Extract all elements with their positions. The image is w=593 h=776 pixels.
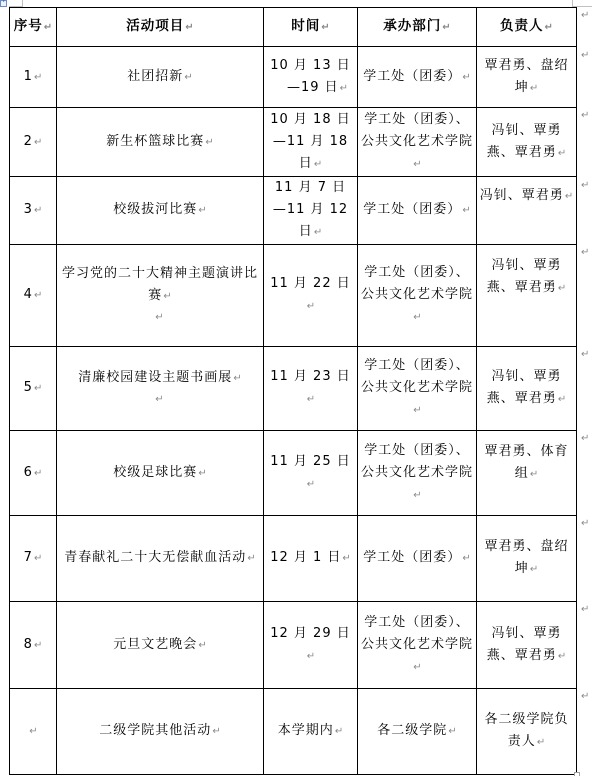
- cell-no[interactable]: ↵: [10, 689, 57, 775]
- cell-dept[interactable]: 学工处（团委）↵: [358, 47, 477, 108]
- cell-activity[interactable]: 社团招新↵: [57, 47, 264, 108]
- table-row: 7↵ 青春献礼二十大无偿献血活动↵ 12 月 1 日↵ 学工处（团委）↵ 覃君勇…: [10, 516, 577, 602]
- cell-owner[interactable]: 覃君勇、盘绍坤↵: [477, 47, 577, 108]
- cell-dept[interactable]: 学工处（团委）、公共文化艺术学院↵: [358, 602, 477, 689]
- page-corner-mark-left: [9, 0, 23, 7]
- cell-time[interactable]: 11 月 22 日↵: [264, 245, 358, 347]
- cell-owner[interactable]: 冯钊、覃勇燕、覃君勇↵: [477, 347, 577, 431]
- table-row: 2↵ 新生杯篮球比赛↵ 10 月 18 日—11 月 18 日↵ 学工处（团委）…: [10, 108, 577, 177]
- cell-no[interactable]: 6↵: [10, 431, 57, 516]
- table-header-row: 序号↵ 活动项目↵ 时间↵ 承办部门↵ 负责人↵: [10, 8, 577, 47]
- empty-paragraph: ↵: [59, 308, 261, 328]
- cell-activity[interactable]: 学习党的二十大精神主题演讲比赛↵↵: [57, 245, 264, 347]
- cell-activity[interactable]: 校级拔河比赛↵: [57, 177, 264, 245]
- table-row: ↵ 二级学院其他活动↵ 本学期内↵ 各二级学院↵ 各二级学院负责人↵: [10, 689, 577, 775]
- cell-activity[interactable]: 青春献礼二十大无偿献血活动↵: [57, 516, 264, 602]
- cell-owner[interactable]: 冯钊、覃勇燕、覃君勇↵: [477, 245, 577, 347]
- table-row: 6↵ 校级足球比赛↵ 11 月 25 日↵ 学工处（团委）、公共文化艺术学院↵ …: [10, 431, 577, 516]
- empty-paragraph: ↵: [59, 390, 261, 410]
- cell-time[interactable]: 10 月 13 日—19 日↵: [264, 47, 358, 108]
- row-end-mark: ↵: [581, 604, 589, 615]
- table-row: 3↵ 校级拔河比赛↵ 11 月 7 日—11 月 12 日↵ 学工处（团委）↵ …: [10, 177, 577, 245]
- cell-time[interactable]: 12 月 29 日↵: [264, 602, 358, 689]
- cell-no[interactable]: 2↵: [10, 108, 57, 177]
- activity-schedule-table: 序号↵ 活动项目↵ 时间↵ 承办部门↵ 负责人↵ 1↵ 社团招新↵ 10 月 1…: [9, 7, 577, 775]
- cell-time[interactable]: 11 月 7 日—11 月 12 日↵: [264, 177, 358, 245]
- header-no[interactable]: 序号↵: [10, 8, 57, 47]
- header-activity[interactable]: 活动项目↵: [57, 8, 264, 47]
- cell-owner[interactable]: 冯钊、覃君勇↵: [477, 177, 577, 245]
- cell-activity[interactable]: 元旦文艺晚会↵: [57, 602, 264, 689]
- cell-time[interactable]: 10 月 18 日—11 月 18 日↵: [264, 108, 358, 177]
- table-row: 4↵ 学习党的二十大精神主题演讲比赛↵↵ 11 月 22 日↵ 学工处（团委）、…: [10, 245, 577, 347]
- table-row: 5↵ 清廉校园建设主题书画展↵↵ 11 月 23 日↵ 学工处（团委）、公共文化…: [10, 347, 577, 431]
- row-end-mark: ↵: [581, 247, 589, 258]
- table-row: 1↵ 社团招新↵ 10 月 13 日—19 日↵ 学工处（团委）↵ 覃君勇、盘绍…: [10, 47, 577, 108]
- cell-owner[interactable]: 冯钊、覃勇燕、覃君勇↵: [477, 602, 577, 689]
- cell-dept[interactable]: 学工处（团委）、公共文化艺术学院↵: [358, 431, 477, 516]
- row-end-mark: ↵: [581, 433, 589, 444]
- cell-owner[interactable]: 冯钊、覃勇燕、覃君勇↵: [477, 108, 577, 177]
- cell-no[interactable]: 5↵: [10, 347, 57, 431]
- row-end-mark: ↵: [581, 691, 589, 702]
- cell-activity[interactable]: 新生杯篮球比赛↵: [57, 108, 264, 177]
- row-end-mark: ↵: [581, 50, 589, 61]
- cell-time[interactable]: 11 月 23 日↵: [264, 347, 358, 431]
- cell-no[interactable]: 3↵: [10, 177, 57, 245]
- row-end-mark: ↵: [581, 518, 589, 529]
- cell-dept[interactable]: 学工处（团委）、公共文化艺术学院↵: [358, 108, 477, 177]
- cell-time[interactable]: 11 月 25 日↵: [264, 431, 358, 516]
- cell-activity[interactable]: 清廉校园建设主题书画展↵↵: [57, 347, 264, 431]
- table-row: 8↵ 元旦文艺晚会↵ 12 月 29 日↵ 学工处（团委）、公共文化艺术学院↵ …: [10, 602, 577, 689]
- cell-dept[interactable]: 学工处（团委）、公共文化艺术学院↵: [358, 347, 477, 431]
- cell-dept[interactable]: 学工处（团委）↵: [358, 516, 477, 602]
- cell-dept[interactable]: 学工处（团委）、公共文化艺术学院↵: [358, 245, 477, 347]
- cell-no[interactable]: 1↵: [10, 47, 57, 108]
- cell-activity[interactable]: 校级足球比赛↵: [57, 431, 264, 516]
- cell-no[interactable]: 4↵: [10, 245, 57, 347]
- table-resize-handle[interactable]: [574, 772, 580, 776]
- cell-no[interactable]: 8↵: [10, 602, 57, 689]
- cell-no[interactable]: 7↵: [10, 516, 57, 602]
- row-end-mark: ↵: [581, 180, 589, 191]
- cell-dept[interactable]: 各二级学院↵: [358, 689, 477, 775]
- row-end-mark: ↵: [581, 10, 589, 21]
- page-corner-mark-right: [572, 0, 592, 7]
- cell-owner[interactable]: 覃君勇、体育组↵: [477, 431, 577, 516]
- cell-activity[interactable]: 二级学院其他活动↵: [57, 689, 264, 775]
- row-end-mark: ↵: [581, 110, 589, 121]
- cell-time[interactable]: 本学期内↵: [264, 689, 358, 775]
- cell-owner[interactable]: 各二级学院负责人↵: [477, 689, 577, 775]
- header-dept[interactable]: 承办部门↵: [358, 8, 477, 47]
- header-owner[interactable]: 负责人↵: [477, 8, 577, 47]
- row-end-mark: ↵: [581, 349, 589, 360]
- cell-time[interactable]: 12 月 1 日↵: [264, 516, 358, 602]
- header-time[interactable]: 时间↵: [264, 8, 358, 47]
- table-move-handle[interactable]: [0, 0, 7, 7]
- cell-owner[interactable]: 覃君勇、盘绍坤↵: [477, 516, 577, 602]
- cell-dept[interactable]: 学工处（团委）↵: [358, 177, 477, 245]
